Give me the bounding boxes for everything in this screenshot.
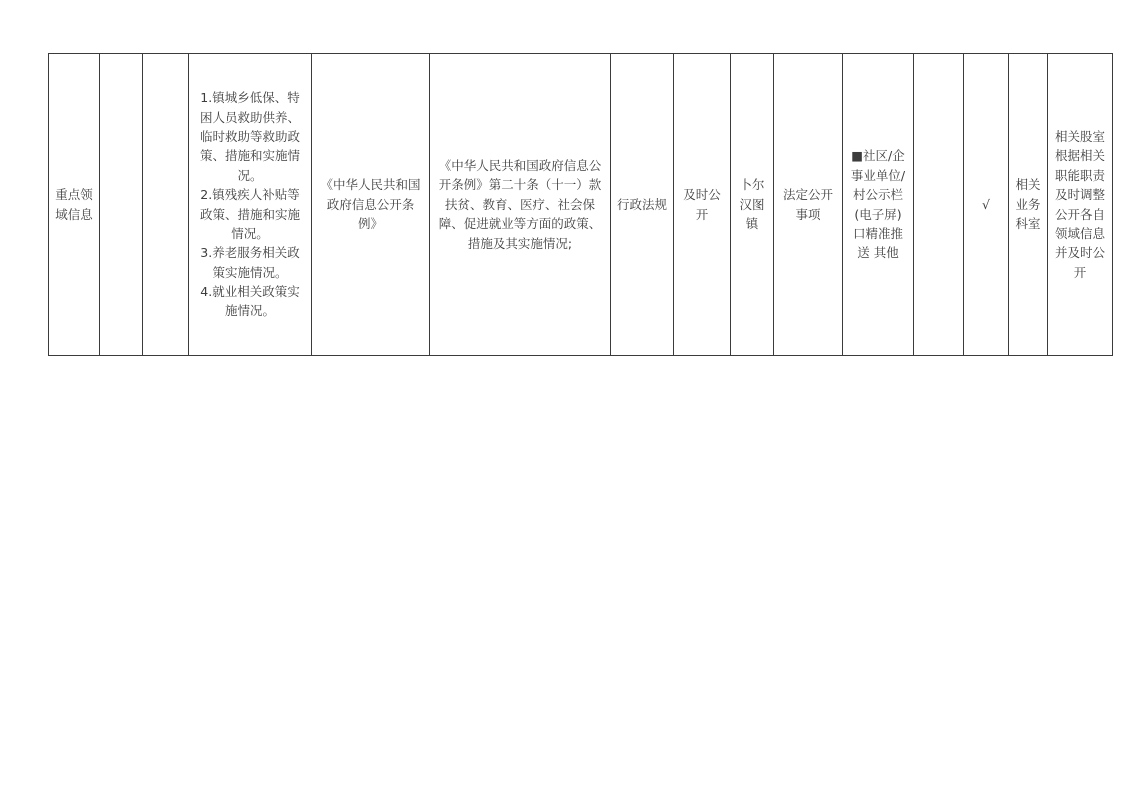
cell-disclosure-channel: ■社区/企事业单位/村公示栏(电子屏)口精准推送 其他	[843, 54, 914, 356]
cell-basis-type: 行政法规	[611, 54, 674, 356]
cell-disclosure-content: 1.镇城乡低保、特困人员救助供养、临时救助等救助政策、措施和实施情况。 2.镇残…	[189, 54, 312, 356]
cell-category-label: 重点领域信息	[49, 54, 100, 356]
cell-responsible-dept: 相关业务科室	[1009, 54, 1048, 356]
disclosure-table: 重点领域信息 1.镇城乡低保、特困人员救助供养、临时救助等救助政策、措施和实施情…	[48, 53, 1113, 356]
cell-disclosure-timing: 及时公开	[674, 54, 731, 356]
cell-disclosure-category: 法定公开事项	[774, 54, 843, 356]
cell-checkmark: √	[964, 54, 1009, 356]
cell-empty-2	[100, 54, 143, 356]
cell-responsible-town: 卜尔汉图镇	[731, 54, 774, 356]
cell-legal-basis-title: 《中华人民共和国政府信息公开条例》	[312, 54, 430, 356]
cell-empty-12	[914, 54, 964, 356]
cell-empty-3	[143, 54, 189, 356]
cell-remarks: 相关股室根据相关职能职责及时调整公开各自领域信息并及时公开	[1048, 54, 1113, 356]
document-page: 重点领域信息 1.镇城乡低保、特困人员救助供养、临时救助等救助政策、措施和实施情…	[0, 0, 1122, 793]
table-row: 重点领域信息 1.镇城乡低保、特困人员救助供养、临时救助等救助政策、措施和实施情…	[49, 54, 1113, 356]
cell-legal-basis-detail: 《中华人民共和国政府信息公开条例》第二十条（十一）款扶贫、教育、医疗、社会保障、…	[430, 54, 611, 356]
